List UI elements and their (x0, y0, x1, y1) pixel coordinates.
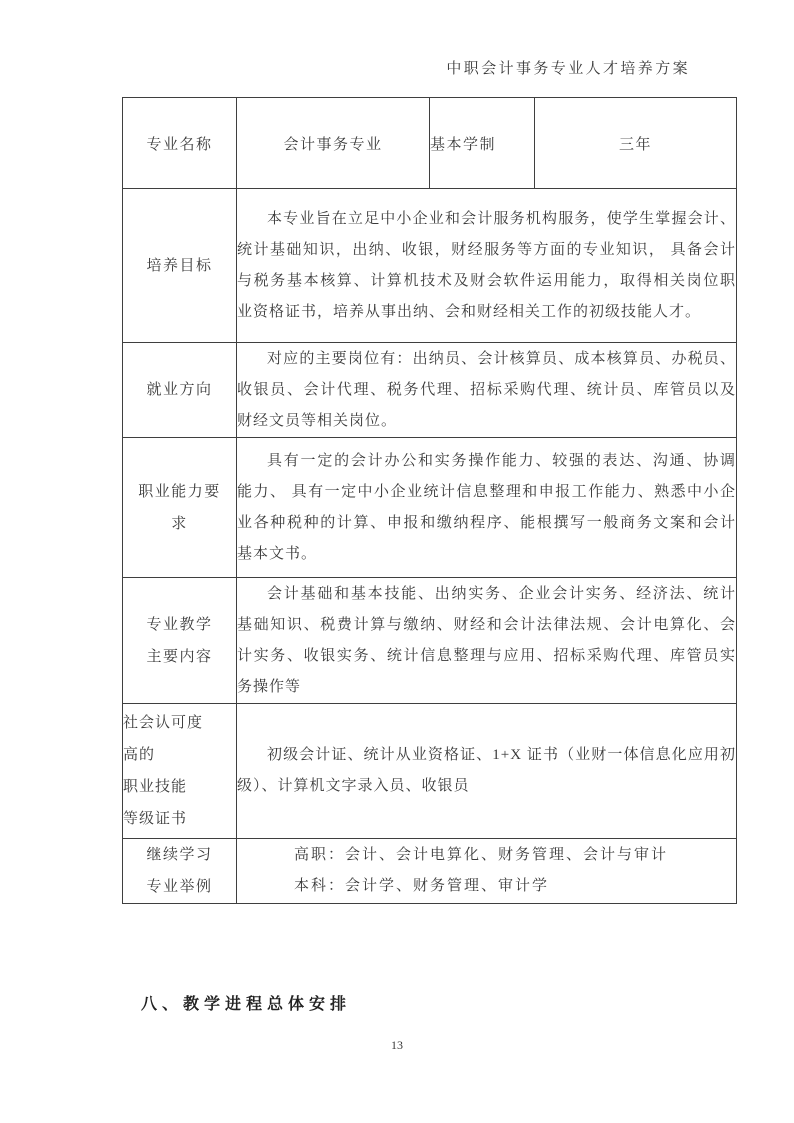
content-line: 业各种税种的计算、申报和缴纳程序、能根撰写一般商务文案和会计 (237, 508, 736, 539)
content-line: 高职：会计、会计电算化、财务管理、会计与审计 (237, 840, 736, 871)
content-line: 基础知识、税费计算与缴纳、财经和会计法律法规、会计电算化、会 (237, 610, 736, 641)
table-row-continuing-study: 继续学习 专业举例 高职：会计、会计电算化、财务管理、会计与审计 本科：会计学、… (123, 839, 737, 904)
content-line: 对应的主要岗位有：出纳员、会计核算员、成本核算员、办税员、 (237, 344, 736, 375)
content-line: 计实务、收银实务、统计信息整理与应用、招标采购代理、库管员实 (237, 641, 736, 672)
cell-professional-ability-label: 职业能力要 求 (123, 438, 237, 578)
table-row-certificates: 社会认可度 高的 职业技能 等级证书 初级会计证、统计从业资格证、1+X 证书（… (123, 704, 737, 839)
table-row-employment-direction: 就业方向 对应的主要岗位有：出纳员、会计核算员、成本核算员、办税员、 收银员、会… (123, 343, 737, 438)
content-line: 基本文书。 (237, 539, 736, 570)
label-line: 职业能力要 (123, 476, 236, 508)
cell-continuing-study-content: 高职：会计、会计电算化、财务管理、会计与审计 本科：会计学、财务管理、审计学 (237, 839, 737, 904)
label-line: 社会认可度 (123, 707, 236, 739)
cell-continuing-study-label: 继续学习 专业举例 (123, 839, 237, 904)
document-header-title: 中职会计事务专业人才培养方案 (446, 57, 690, 78)
cell-training-objectives-label: 培养目标 (123, 189, 237, 343)
content-line: 具有一定的会计办公和实务操作能力、较强的表达、沟通、协调 (237, 446, 736, 477)
cell-certificates-label: 社会认可度 高的 职业技能 等级证书 (123, 704, 237, 839)
cell-major-name-value: 会计事务专业 (237, 98, 430, 189)
content-line: 本科：会计学、财务管理、审计学 (237, 871, 736, 902)
label-line: 专业教学 (123, 609, 236, 641)
cell-employment-direction-label: 就业方向 (123, 343, 237, 438)
label-line: 就业方向 (123, 374, 236, 406)
table-row-training-objectives: 培养目标 本专业旨在立足中小企业和会计服务机构服务，使学生掌握会计、 统计基础知… (123, 189, 737, 343)
table-row-professional-ability: 职业能力要 求 具有一定的会计办公和实务操作能力、较强的表达、沟通、协调 能力、… (123, 438, 737, 578)
cell-schooling-value: 三年 (535, 98, 737, 189)
cell-employment-direction-content: 对应的主要岗位有：出纳员、会计核算员、成本核算员、办税员、 收银员、会计代理、税… (237, 343, 737, 438)
section-heading: 八、教学进程总体安排 (141, 991, 351, 1014)
cell-major-name-label: 专业名称 (123, 98, 237, 189)
content-line: 财经文员等相关岗位。 (237, 406, 736, 437)
label-line: 主要内容 (123, 641, 236, 673)
label-line: 高的 (123, 739, 236, 771)
label-line: 等级证书 (123, 803, 236, 835)
content-line: 收银员、会计代理、税务代理、招标采购代理、统计员、库管员以及 (237, 375, 736, 406)
cell-certificates-content: 初级会计证、统计从业资格证、1+X 证书（业财一体信息化应用初 级）、计算机文字… (237, 704, 737, 839)
cell-teaching-content-label: 专业教学 主要内容 (123, 578, 237, 704)
document-page: 中职会计事务专业人才培养方案 专业名称 会计事务专业 基本学制 三年 培养目标 … (0, 0, 794, 1123)
content-line: 初级会计证、统计从业资格证、1+X 证书（业财一体信息化应用初 (237, 740, 736, 771)
cell-schooling-label: 基本学制 (430, 98, 535, 189)
label-line: 培养目标 (123, 250, 236, 282)
cell-teaching-content-content: 会计基础和基本技能、出纳实务、企业会计实务、经济法、统计 基础知识、税费计算与缴… (237, 578, 737, 704)
content-line: 统计基础知识，出纳、收银，财经服务等方面的专业知识， 具备会计 (237, 235, 736, 266)
label-line: 职业技能 (123, 771, 236, 803)
label-line: 专业举例 (123, 871, 236, 903)
content-line: 级）、计算机文字录入员、收银员 (237, 771, 736, 802)
content-line: 会计基础和基本技能、出纳实务、企业会计实务、经济法、统计 (237, 579, 736, 610)
table-row-teaching-content: 专业教学 主要内容 会计基础和基本技能、出纳实务、企业会计实务、经济法、统计 基… (123, 578, 737, 704)
cell-training-objectives-content: 本专业旨在立足中小企业和会计服务机构服务，使学生掌握会计、 统计基础知识，出纳、… (237, 189, 737, 343)
content-line: 业资格证书，培养从事出纳、会和财经相关工作的初级技能人才。 (237, 297, 736, 328)
page-number: 13 (0, 1038, 794, 1053)
table-row-header: 专业名称 会计事务专业 基本学制 三年 (123, 98, 737, 189)
cell-professional-ability-content: 具有一定的会计办公和实务操作能力、较强的表达、沟通、协调 能力、 具有一定中小企… (237, 438, 737, 578)
label-line: 求 (123, 508, 236, 540)
content-line: 与税务基本核算、计算机技术及财会软件运用能力，取得相关岗位职 (237, 266, 736, 297)
content-line: 本专业旨在立足中小企业和会计服务机构服务，使学生掌握会计、 (237, 204, 736, 235)
content-line: 能力、 具有一定中小企业统计信息整理和申报工作能力、熟悉中小企 (237, 477, 736, 508)
label-line: 继续学习 (123, 839, 236, 871)
program-overview-table: 专业名称 会计事务专业 基本学制 三年 培养目标 本专业旨在立足中小企业和会计服… (122, 97, 737, 904)
content-line: 务操作等 (237, 672, 736, 703)
